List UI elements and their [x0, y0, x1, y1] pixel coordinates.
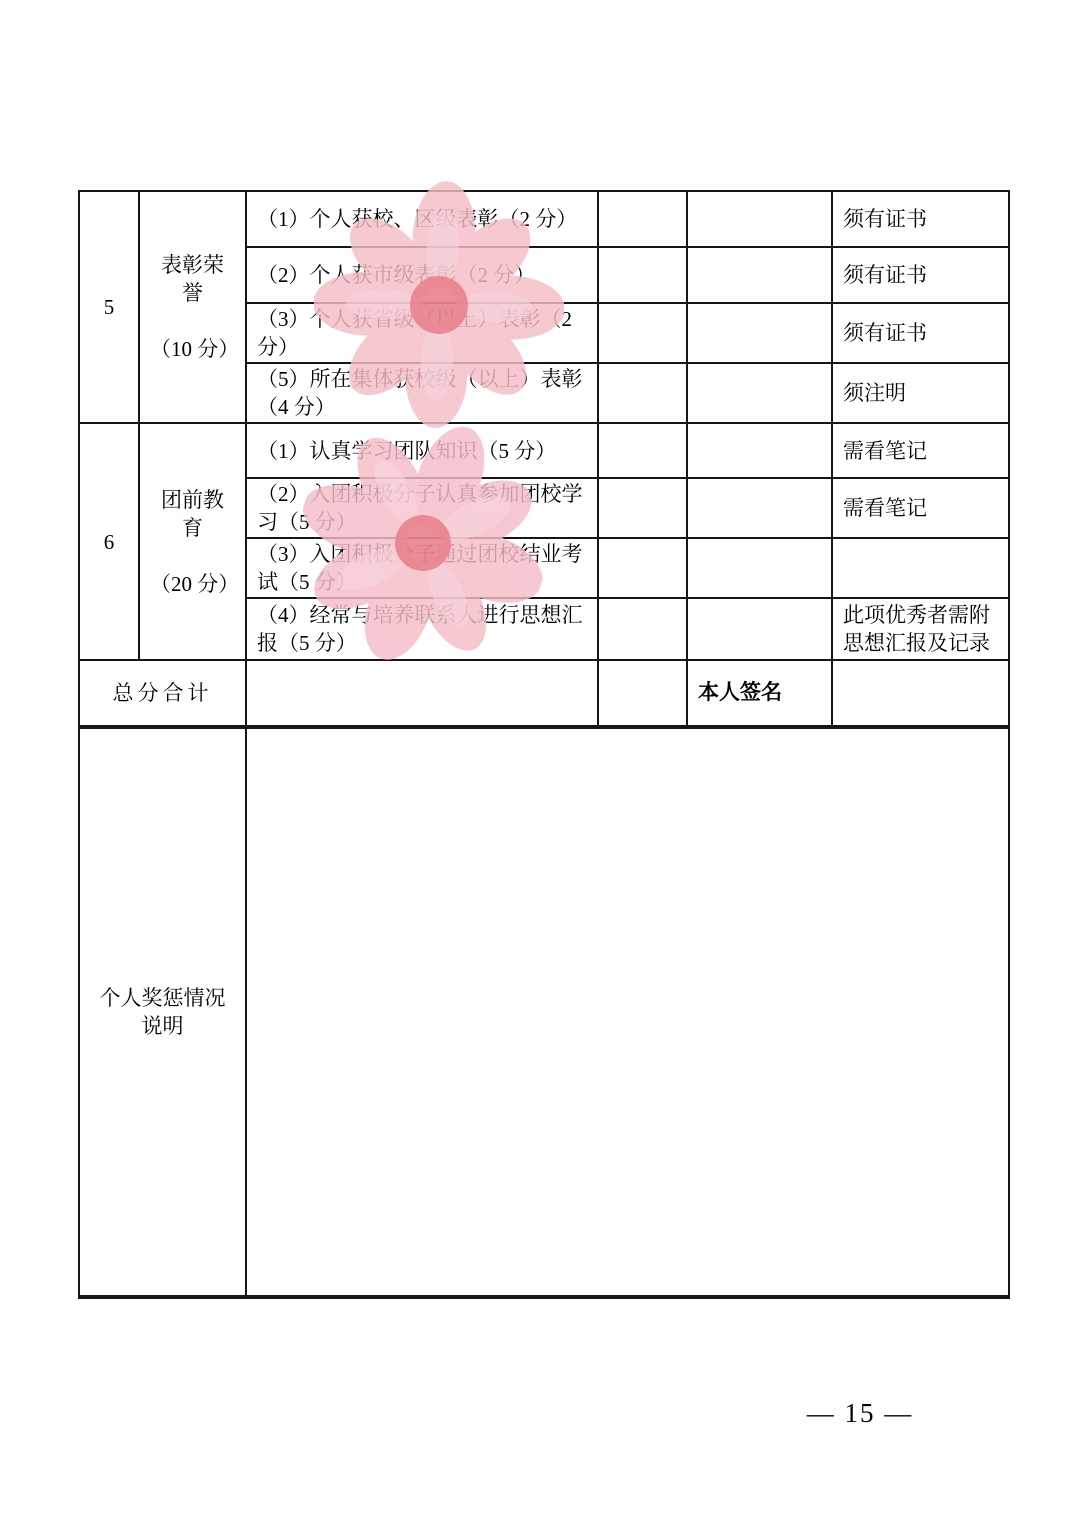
notes-content-cell	[246, 727, 1009, 1297]
score-cell	[598, 363, 687, 423]
table-row: 5 表彰荣 誉 （10 分） （1）个人获校、区级表彰（2 分） 须有证书	[79, 191, 1009, 247]
evaluation-table: 5 表彰荣 誉 （10 分） （1）个人获校、区级表彰（2 分） 须有证书 （2…	[78, 190, 1010, 1299]
score-cell	[598, 660, 687, 727]
score-cell	[598, 247, 687, 303]
score-cell	[687, 303, 832, 363]
score-cell	[598, 423, 687, 478]
score-cell	[687, 363, 832, 423]
remark-cell: 须有证书	[832, 191, 1009, 247]
notes-row: 个人奖惩情况 说明	[79, 727, 1009, 1297]
total-score-label: 总分合计	[79, 660, 246, 727]
remark-cell: 须有证书	[832, 303, 1009, 363]
criterion-cell: （3）个人获省级（以上）表彰（2 分）	[246, 303, 598, 363]
criterion-cell: （1）认真学习团队知识（5 分）	[246, 423, 598, 478]
score-cell	[687, 423, 832, 478]
category-cell: 表彰荣 誉 （10 分）	[139, 191, 246, 423]
score-cell	[598, 191, 687, 247]
notes-label: 个人奖惩情况 说明	[79, 727, 246, 1297]
signature-value-cell	[832, 660, 1009, 727]
table-row: 6 团前教 育 （20 分） （1）认真学习团队知识（5 分） 需看笔记	[79, 423, 1009, 478]
remark-cell	[832, 538, 1009, 598]
criterion-cell: （2）个人获市级表彰（2 分）	[246, 247, 598, 303]
score-cell	[598, 598, 687, 660]
remark-cell: 需看笔记	[832, 423, 1009, 478]
total-score-value-cell	[246, 660, 598, 727]
remark-cell: 须注明	[832, 363, 1009, 423]
score-cell	[598, 538, 687, 598]
score-cell	[598, 303, 687, 363]
item-number-cell: 6	[79, 423, 139, 660]
criterion-cell: （1）个人获校、区级表彰（2 分）	[246, 191, 598, 247]
page-number: — 15 —	[748, 1398, 972, 1429]
criterion-cell: （2）入团积极分子认真参加团校学 习（5 分）	[246, 478, 598, 538]
remark-cell: 需看笔记	[832, 478, 1009, 538]
criterion-cell: （4）经常与培养联系人进行思想汇 报（5 分）	[246, 598, 598, 660]
signature-label: 本人签名	[687, 660, 832, 727]
total-score-row: 总分合计 本人签名	[79, 660, 1009, 727]
score-cell	[687, 191, 832, 247]
item-number-cell: 5	[79, 191, 139, 423]
remark-cell: 须有证书	[832, 247, 1009, 303]
score-cell	[687, 478, 832, 538]
criterion-cell: （3）入团积极分子通过团校结业考 试（5 分）	[246, 538, 598, 598]
score-cell	[687, 598, 832, 660]
criterion-cell: （5）所在集体获校级（以上）表彰 （4 分）	[246, 363, 598, 423]
remark-cell: 此项优秀者需附 思想汇报及记录	[832, 598, 1009, 660]
score-cell	[687, 538, 832, 598]
score-cell	[687, 247, 832, 303]
category-cell: 团前教 育 （20 分）	[139, 423, 246, 660]
score-cell	[598, 478, 687, 538]
